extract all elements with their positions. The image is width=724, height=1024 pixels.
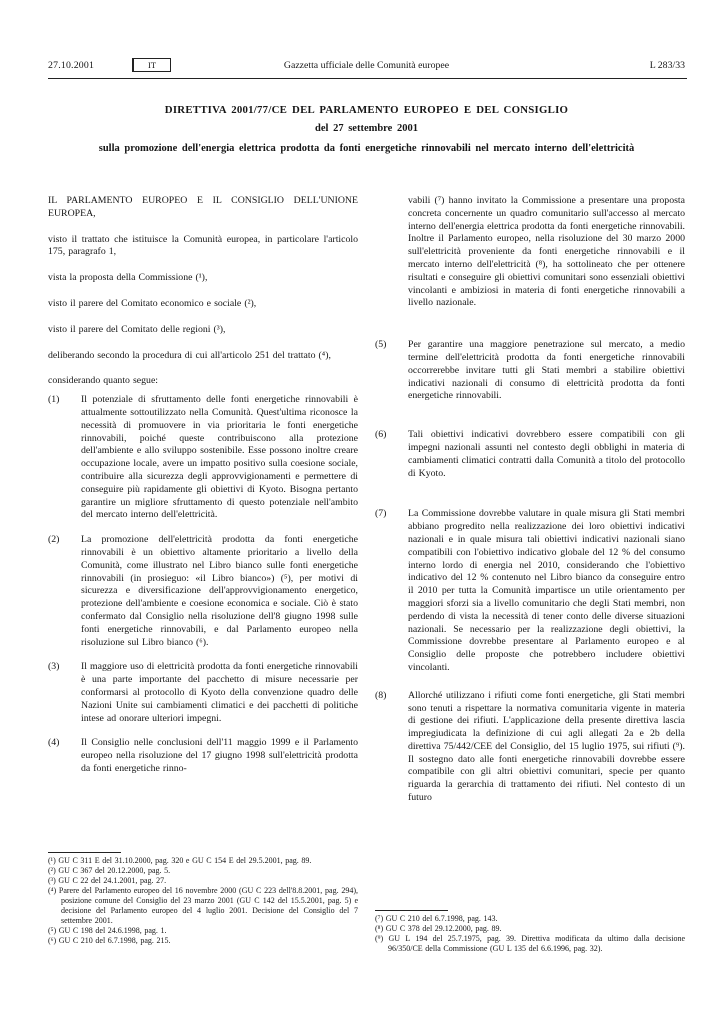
recital: (8) Allorché utilizzano i rifiuti come f… — [375, 690, 685, 805]
recital-number: (2) — [48, 534, 59, 547]
recital: (1) Il potenziale di sfruttamento delle … — [48, 394, 358, 522]
footnote-list-right: (⁷) GU C 210 del 6.7.1998, pag. 143. (⁸)… — [375, 914, 685, 954]
footnote: (⁹) GU L 194 del 25.7.1975, pag. 39. Dir… — [375, 934, 685, 954]
recital-text: Il maggiore uso di elettricità prodotta … — [81, 661, 358, 725]
recital-number: (3) — [48, 661, 59, 674]
recital-text: Il potenziale di sfruttamento delle font… — [81, 394, 358, 522]
recital-text: Per garantire una maggiore penetrazione … — [408, 339, 685, 403]
preamble-paragraph: deliberando secondo la procedura di cui … — [48, 350, 358, 363]
directive-title-block: DIRETTIVA 2001/77/CE DEL PARLAMENTO EURO… — [48, 104, 685, 156]
directive-date: del 27 settembre 2001 — [48, 123, 685, 134]
recital-text: Tali obiettivi indicativi dovrebbero ess… — [408, 429, 685, 480]
footnote: (¹) GU C 311 E del 31.10.2000, pag. 320 … — [48, 856, 358, 866]
recital-number: (5) — [375, 339, 386, 352]
recital: (3) Il maggiore uso di elettricità prodo… — [48, 661, 358, 725]
preamble-paragraph: vista la proposta della Commissione (¹), — [48, 272, 358, 285]
recital-text: Il Consiglio nelle conclusioni dell'11 m… — [81, 737, 358, 775]
recital: (6) Tali obiettivi indicativi dovrebbero… — [375, 429, 685, 480]
footnote: (³) GU C 22 del 24.1.2001, pag. 27. — [48, 876, 358, 886]
left-column: IL PARLAMENTO EUROPEO E IL CONSIGLIO DEL… — [48, 195, 358, 977]
footnote-separator — [375, 910, 448, 911]
recital-number: (8) — [375, 690, 386, 703]
preamble-paragraph: IL PARLAMENTO EUROPEO E IL CONSIGLIO DEL… — [48, 195, 358, 221]
recital-text: Allorché utilizzano i rifiuti come fonti… — [408, 690, 685, 805]
footnotes-left: (¹) GU C 311 E del 31.10.2000, pag. 320 … — [48, 852, 358, 946]
preamble-paragraph: visto il parere del Comitato economico e… — [48, 298, 358, 311]
recital-number: (6) — [375, 429, 386, 442]
document-page: 27.10.2001 IT Gazzetta ufficiale delle C… — [0, 0, 724, 1024]
footnote: (⁵) GU C 198 del 24.6.1998, pag. 1. — [48, 926, 358, 936]
two-column-body: IL PARLAMENTO EUROPEO E IL CONSIGLIO DEL… — [48, 195, 685, 977]
recital: (7) La Commissione dovrebbe valutare in … — [375, 508, 685, 674]
footnote: (⁶) GU C 210 del 6.7.1998, pag. 215. — [48, 936, 358, 946]
journal-title: Gazzetta ufficiale delle Comunità europe… — [48, 60, 685, 71]
footnotes-right: (⁷) GU C 210 del 6.7.1998, pag. 143. (⁸)… — [375, 910, 685, 954]
preamble-paragraph: considerando quanto segue: — [48, 375, 358, 388]
recital-number: (7) — [375, 508, 386, 521]
recital-continuation: vabili (⁷) hanno invitato la Commissione… — [375, 195, 685, 310]
header-rule — [48, 78, 687, 79]
page-reference: L 283/33 — [650, 60, 685, 71]
recital: (5) Per garantire una maggiore penetrazi… — [375, 339, 685, 403]
preamble: IL PARLAMENTO EUROPEO E IL CONSIGLIO DEL… — [48, 195, 358, 388]
recital: (2) La promozione dell'elettricità prodo… — [48, 534, 358, 649]
recital-number: (4) — [48, 737, 59, 750]
footnote-list-left: (¹) GU C 311 E del 31.10.2000, pag. 320 … — [48, 856, 358, 946]
recitals-right: (5) Per garantire una maggiore penetrazi… — [375, 339, 685, 805]
recital-text: vabili (⁷) hanno invitato la Commissione… — [408, 195, 685, 310]
recital-text: La promozione dell'elettricità prodotta … — [81, 534, 358, 649]
preamble-paragraph: visto il trattato che istituisce la Comu… — [48, 234, 358, 260]
recital-number: (1) — [48, 394, 59, 407]
recital: (4) Il Consiglio nelle conclusioni dell'… — [48, 737, 358, 775]
footnote: (⁸) GU C 378 del 29.12.2000, pag. 89. — [375, 924, 685, 934]
footnote: (²) GU C 367 del 20.12.2000, pag. 5. — [48, 866, 358, 876]
footnote: (⁴) Parere del Parlamento europeo del 16… — [48, 886, 358, 926]
recital-text: La Commissione dovrebbe valutare in qual… — [408, 508, 685, 674]
directive-subject: sulla promozione dell'energia elettrica … — [67, 141, 667, 156]
preamble-paragraph: visto il parere del Comitato delle regio… — [48, 324, 358, 337]
recitals-left: (1) Il potenziale di sfruttamento delle … — [48, 394, 358, 776]
directive-title: DIRETTIVA 2001/77/CE DEL PARLAMENTO EURO… — [48, 104, 685, 116]
right-column: vabili (⁷) hanno invitato la Commissione… — [375, 195, 685, 977]
footnote: (⁷) GU C 210 del 6.7.1998, pag. 143. — [375, 914, 685, 924]
page-header: 27.10.2001 IT Gazzetta ufficiale delle C… — [48, 57, 685, 75]
footnote-separator — [48, 852, 121, 853]
